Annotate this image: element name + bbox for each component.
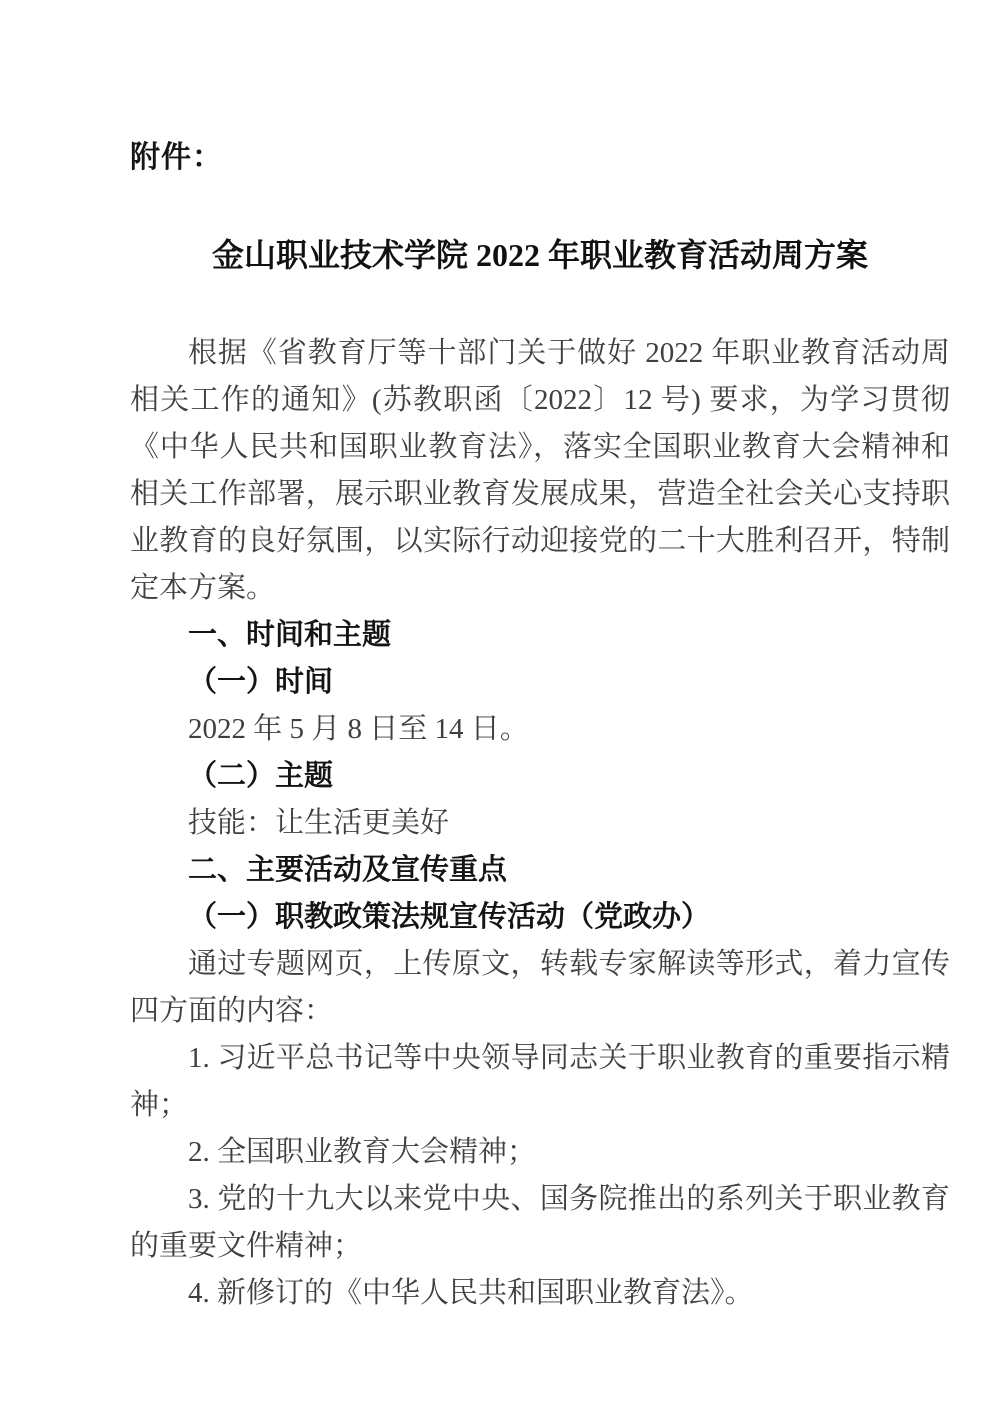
list-item-4: 4. 新修订的《中华人民共和国职业教育法》。: [130, 1270, 950, 1317]
theme-paragraph: 技能：让生活更美好: [130, 800, 950, 847]
policy-intro-paragraph: 通过专题网页，上传原文，转载专家解读等形式，着力宣传四方面的内容：: [130, 941, 950, 1035]
list-item-1: 1. 习近平总书记等中央领导同志关于职业教育的重要指示精神；: [130, 1035, 950, 1129]
subsection-heading-theme: （二）主题: [130, 753, 950, 800]
time-paragraph: 2022 年 5 月 8 日至 14 日。: [130, 706, 950, 753]
intro-paragraph: 根据《省教育厅等十部门关于做好 2022 年职业教育活动周相关工作的通知》(苏教…: [130, 330, 950, 612]
subsection-heading-policy-activity: （一）职教政策法规宣传活动（党政办）: [130, 894, 950, 941]
attachment-label: 附件：: [130, 138, 950, 178]
document-body: 根据《省教育厅等十部门关于做好 2022 年职业教育活动周相关工作的通知》(苏教…: [130, 330, 950, 1317]
section-heading-2: 二、主要活动及宣传重点: [130, 847, 950, 894]
section-heading-1: 一、时间和主题: [130, 612, 950, 659]
list-item-2: 2. 全国职业教育大会精神；: [130, 1129, 950, 1176]
document-title: 金山职业技术学院 2022 年职业教育活动周方案: [130, 234, 950, 276]
list-item-3: 3. 党的十九大以来党中央、国务院推出的系列关于职业教育的重要文件精神；: [130, 1176, 950, 1270]
document-page: 附件： 金山职业技术学院 2022 年职业教育活动周方案 根据《省教育厅等十部门…: [0, 0, 1000, 1414]
subsection-heading-time: （一）时间: [130, 659, 950, 706]
